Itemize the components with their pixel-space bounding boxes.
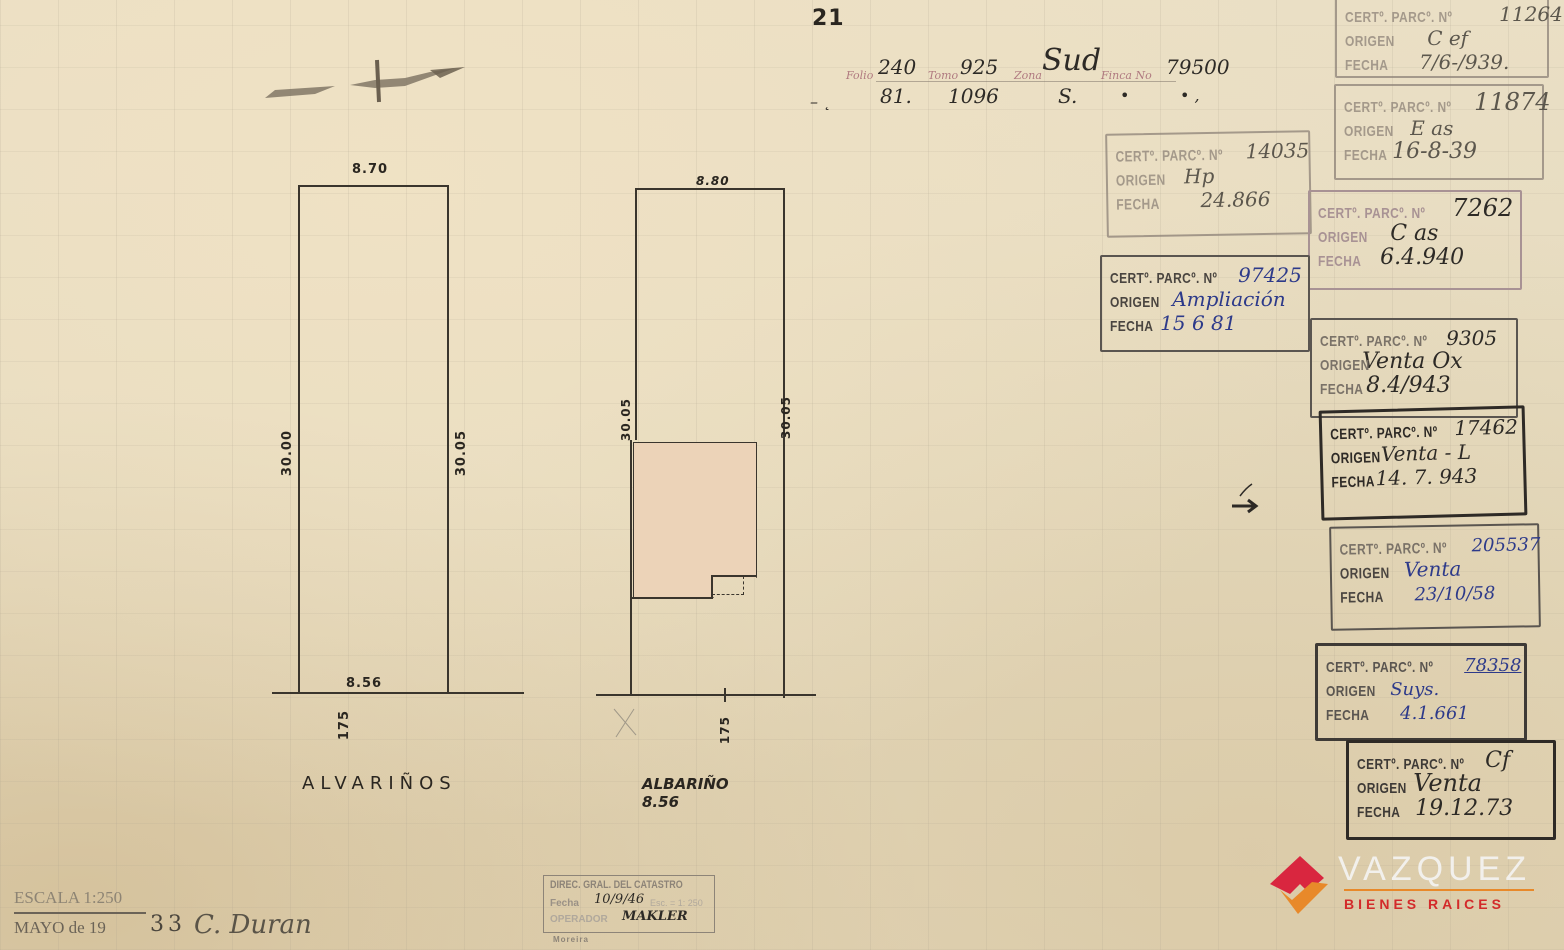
stamp-label: FECHA: [1357, 804, 1400, 821]
stamp-label: FECHA: [1340, 589, 1384, 607]
page-number: 21: [812, 6, 845, 31]
stamp-fecha-value: 24.866: [1200, 187, 1270, 212]
stamp-label: ORIGEN: [1326, 683, 1376, 700]
right-top-width: 8.80: [696, 174, 730, 188]
header-value-3: S.: [1058, 84, 1077, 108]
catastro-below: Moreira: [553, 935, 589, 944]
stamp-label: ORIGEN: [1357, 780, 1407, 797]
folio-value: 240: [878, 55, 916, 79]
stamp-origen-value: C as: [1390, 221, 1438, 246]
stamp-label: FECHA: [1320, 381, 1363, 398]
stamp-label: CERTº. PARCº. Nº: [1110, 270, 1217, 287]
stamp-fecha-value: 7/6-/939.: [1419, 50, 1509, 74]
stamp-6: CERTº. PARCº. Nº9305 ORIGENVenta Ox FECH…: [1310, 318, 1518, 418]
stamp-label: ORIGEN: [1116, 172, 1166, 190]
stamp-label: FECHA: [1318, 253, 1361, 270]
stamp-fecha-value: 19.12.73: [1415, 796, 1513, 821]
stamp-cert-value: 78358: [1464, 655, 1521, 676]
stamp-cert-value: 7262: [1452, 194, 1513, 222]
catastro-operador-label: OPERADOR: [550, 914, 608, 925]
stamp-label: CERTº. PARCº. Nº: [1115, 147, 1223, 166]
catastro-stamp: DIREC. GRAL. DEL CATASTRO Fecha 10/9/46 …: [543, 875, 715, 933]
header-value-1: 81.: [880, 84, 912, 108]
stamp-label: ORIGEN: [1340, 565, 1390, 583]
header-value-2: 1096: [948, 84, 999, 108]
stamp-label: FECHA: [1326, 707, 1369, 724]
stamp-label: FECHA: [1116, 196, 1160, 214]
stamp-label: CERTº. PARCº. Nº: [1326, 659, 1433, 676]
stamp-label: CERTº. PARCº. Nº: [1345, 9, 1452, 26]
catastro-operador-value: MAKLER: [622, 909, 688, 924]
stamp-8: CERTº. PARCº. Nº205537 ORIGENVenta FECHA…: [1329, 523, 1541, 631]
stamp-fecha-value: 16-8-39: [1392, 139, 1477, 164]
stamp-label: ORIGEN: [1344, 123, 1394, 140]
stamp-origen-value: Hp: [1184, 164, 1215, 189]
catastro-fecha-value: 10/9/46: [594, 892, 644, 907]
catastro-esc-label: Esc. = 1: 250: [650, 898, 703, 908]
stamp-3: CERTº. PARCº. Nº14035 ORIGENHp FECHA24.8…: [1105, 130, 1312, 238]
stamp-cert-value: 9305: [1446, 326, 1497, 350]
logo-name: VAZQUEZ: [1338, 850, 1531, 889]
stamp-origen-value: Venta: [1404, 557, 1462, 582]
right-side-left: 30.05: [619, 398, 633, 441]
stamp-label: FECHA: [1345, 57, 1388, 74]
stamp-4: CERTº. PARCº. Nº7262 ORIGENC as FECHA6.4…: [1308, 190, 1522, 290]
stamp-fecha-value: 6.4.940: [1380, 245, 1464, 270]
finca-value: 79500: [1166, 55, 1230, 79]
house-logo-icon: [1268, 854, 1338, 918]
vazquez-logo: VAZQUEZ BIENES RAICES: [1268, 852, 1538, 922]
left-distance: 175: [337, 710, 352, 740]
catastro-fecha-label: Fecha: [550, 898, 579, 909]
left-street-name: ALVARIÑOS: [302, 773, 457, 794]
zona-value: Sud: [1042, 43, 1101, 78]
stamp-cert-value: 11264: [1499, 2, 1563, 26]
stamp-label: CERTº. PARCº. Nº: [1344, 99, 1451, 116]
stamp-fecha-value: 23/10/58: [1414, 583, 1495, 605]
stamp-cert-value: 14035: [1245, 138, 1309, 163]
stamp-10: CERTº. PARCº. NºCf ORIGENVenta FECHA19.1…: [1346, 740, 1556, 840]
date-year: 33: [150, 912, 186, 937]
stamp-cert-value: 97425: [1238, 263, 1302, 287]
cross-mark-icon: [610, 705, 640, 740]
stamp-label: ORIGEN: [1110, 294, 1160, 311]
stamp-label: FECHA: [1331, 473, 1375, 491]
signature: C. Duran: [194, 910, 312, 940]
stamp-origen-value: Venta Ox: [1362, 349, 1462, 374]
stamp-label: ORIGEN: [1320, 357, 1370, 374]
stamp-7: CERTº. PARCº. Nº17462 ORIGENVenta - L FE…: [1319, 405, 1528, 520]
stamp-label: CERTº. PARCº. Nº: [1339, 540, 1447, 559]
stamp-cert-value: 11874: [1474, 88, 1550, 116]
stamp-cert-value: Cf: [1485, 748, 1510, 773]
stamp-9: CERTº. PARCº. Nº78358 ORIGENSuys. FECHA4…: [1315, 643, 1527, 741]
right-side-right: 30.05: [779, 396, 793, 439]
stamp-label: CERTº. PARCº. Nº: [1320, 333, 1427, 350]
stamp-cert-value: 17462: [1454, 415, 1518, 441]
logo-tagline: BIENES RAICES: [1344, 896, 1505, 912]
stamp-fecha-value: 4.1.661: [1400, 703, 1469, 724]
stamp-label: ORIGEN: [1331, 449, 1381, 467]
stamp-2: CERTº. PARCº. Nº11874 ORIGENE as FECHA16…: [1334, 84, 1544, 180]
north-arrow-icon: [255, 50, 475, 110]
stamp-fecha-value: 15 6 81: [1160, 311, 1236, 335]
stamp-origen-value: E as: [1410, 116, 1453, 140]
left-top-width: 8.70: [352, 162, 388, 177]
arrow-mark-icon: [1228, 478, 1264, 514]
stamp-cert-value: 205537: [1471, 534, 1540, 556]
catastro-title: DIREC. GRAL. DEL CATASTRO: [550, 879, 683, 891]
scale-label: ESCALA 1:250: [14, 888, 122, 908]
stamp-origen-value: Venta - L: [1381, 440, 1472, 466]
stamp-origen-value: Venta: [1413, 769, 1482, 797]
stamp-label: ORIGEN: [1318, 229, 1368, 246]
left-side-left: 30.00: [280, 430, 295, 476]
stamp-fecha-value: 8.4/943: [1366, 373, 1450, 398]
date-prefix: MAYO de 19: [14, 918, 106, 938]
stamp-label: FECHA: [1344, 147, 1387, 164]
stamp-5: CERTº. PARCº. Nº97425 ORIGENAmpliación F…: [1100, 255, 1310, 352]
stamp-label: ORIGEN: [1345, 33, 1395, 50]
stamp-1: CERTº. PARCº. Nº11264 ORIGENC ef FECHA7/…: [1335, 0, 1549, 78]
tomo-value: 925: [960, 55, 998, 79]
plan-right: 8.80 30.05 30.05 175 ALBARIÑO 8.56: [0, 0, 1, 1]
left-bottom-width: 8.56: [346, 676, 382, 691]
scale-date-block: ESCALA 1:250 MAYO de 19 33 C. Duran: [14, 888, 374, 948]
stamp-origen-value: Suys.: [1390, 679, 1439, 700]
right-street-name: ALBARIÑO 8.56: [642, 775, 729, 811]
stamp-label: FECHA: [1110, 318, 1153, 335]
right-distance: 175: [718, 716, 732, 744]
left-side-right: 30.05: [454, 430, 469, 476]
stamp-label: CERTº. PARCº. Nº: [1318, 205, 1425, 222]
header-second-line: – ˛ 81. 1096 S. • • ,: [810, 82, 1210, 112]
stamp-origen-value: Ampliación: [1172, 287, 1285, 311]
folio-label: Folio: [846, 69, 873, 82]
stamp-fecha-value: 14. 7. 943: [1375, 464, 1477, 491]
stamp-origen-value: C ef: [1427, 26, 1468, 50]
